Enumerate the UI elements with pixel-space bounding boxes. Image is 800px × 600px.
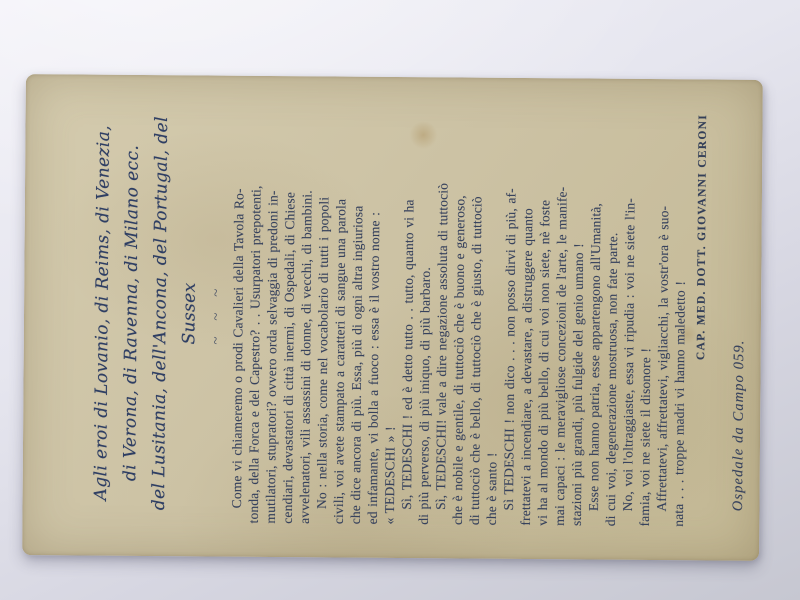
paragraph-3: Sì, TEDESCHI ! ed è detto tutto . . tutt… [397, 105, 434, 524]
paragraph-7: No, voi l'oltraggiaste, essa vi ripudia … [618, 107, 655, 526]
heading-line-3: del Lusitania, dell'Ancona, del Portugal… [144, 103, 205, 522]
postcard: Agli eroi di Lovanio, di Reims, di Venez… [22, 74, 763, 561]
paragraph-2: No : nella storia, come nel vocabolario … [312, 104, 400, 524]
dedication-heading: Agli eroi di Lovanio, di Reims, di Venez… [86, 103, 205, 523]
heading-line-2: di Verona, di Ravenna, di Milano ecc. [115, 103, 147, 522]
hospital-unit: Ospedale da Campo 059. [729, 108, 749, 527]
divider-ornament: ~ ~ ~ [204, 104, 227, 523]
signature: CAP. MED. DOTT. GIOVANNI CERONI [693, 107, 708, 526]
postcard-text-area: Agli eroi di Lovanio, di Reims, di Venez… [22, 74, 763, 561]
paragraph-1: Come vi chiameremo o prodi Cavalieri del… [227, 104, 315, 524]
paragraph-4: Sì, TEDESCHI! vale a dire negazione asso… [431, 105, 502, 525]
paragraph-5: Sì TEDESCHI ! non dico . . . non posso d… [499, 106, 587, 526]
photo-backdrop: Agli eroi di Lovanio, di Reims, di Venez… [0, 0, 800, 600]
paragraph-8: Affrettatevi, affrettatevi, vigliacchi, … [652, 107, 689, 526]
paragraph-6: Esse non hanno patria, esse appartengono… [584, 107, 621, 526]
heading-line-1: Agli eroi di Lovanio, di Reims, di Venez… [86, 103, 118, 522]
